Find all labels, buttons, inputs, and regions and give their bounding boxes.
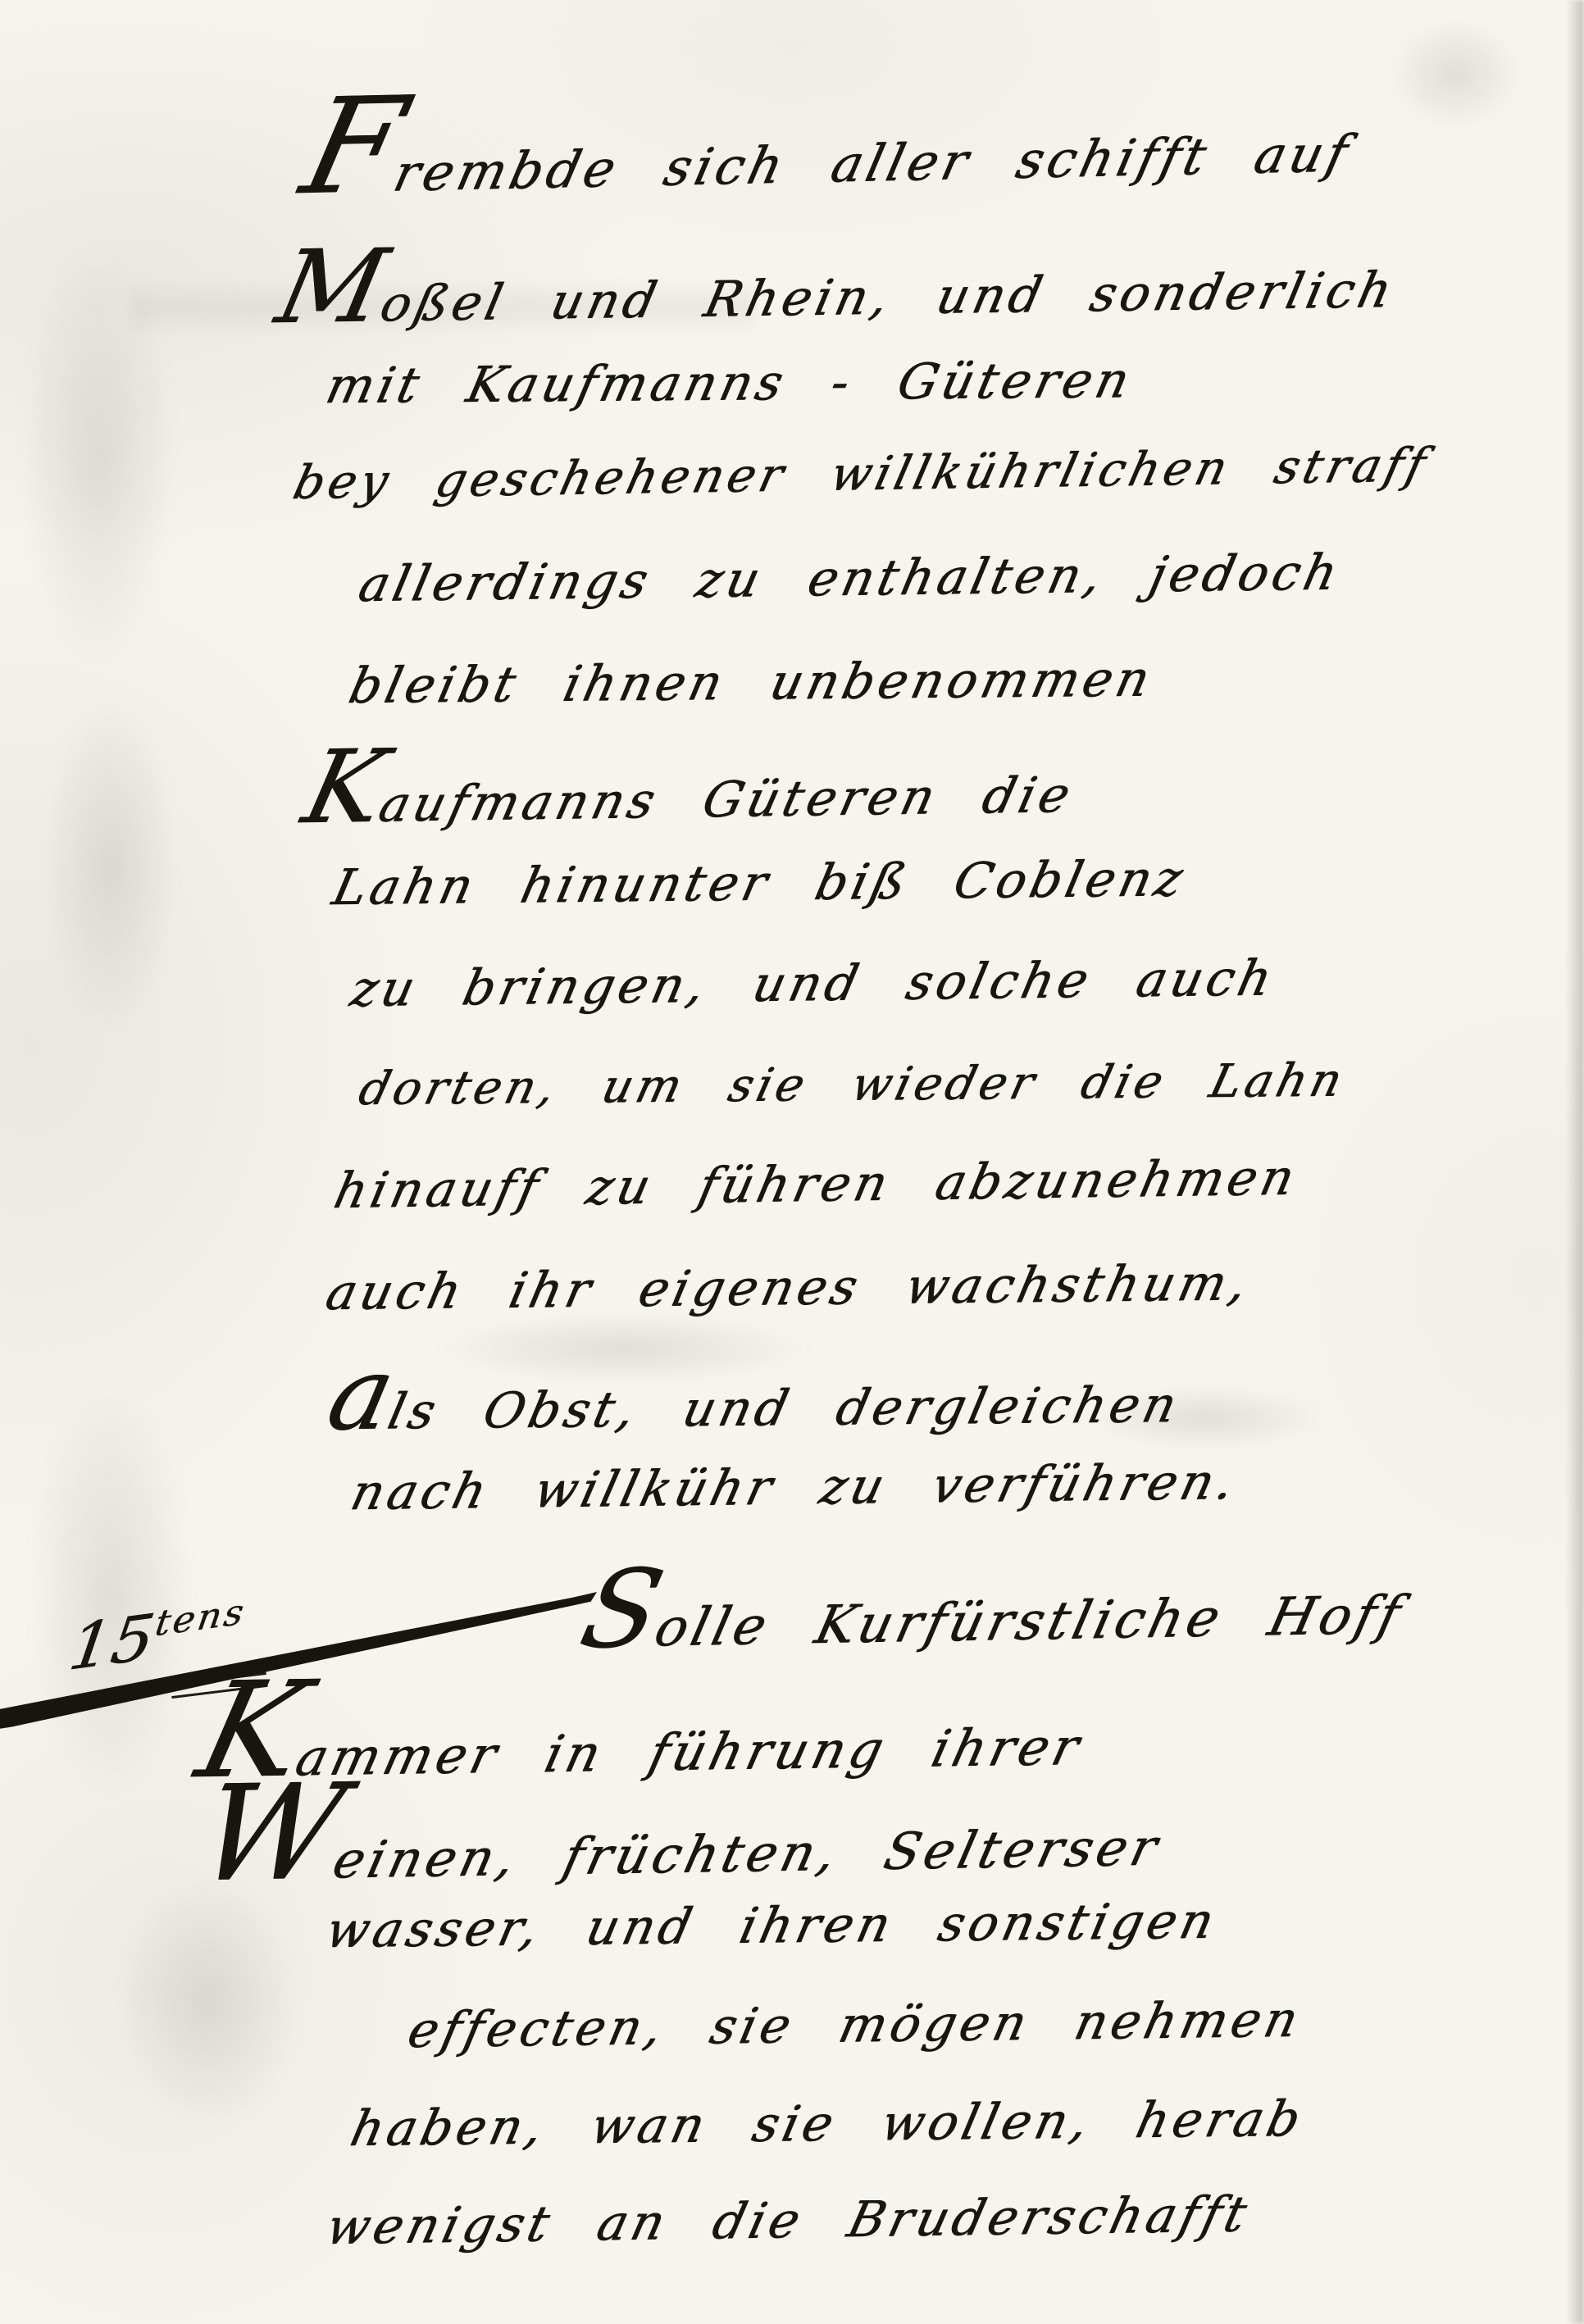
manuscript-line: haben, wan sie wollen, herab <box>346 2094 1309 2155</box>
bleed-through-mark <box>41 689 180 1041</box>
manuscript-line: auch ihr eigenes wachsthum, <box>321 1258 1255 1319</box>
bleed-through-mark <box>25 1377 197 1803</box>
manuscript-line: Moßel und Rhein, und sonderlich <box>271 245 1404 332</box>
manuscript-line: wenigst an die Bruderschafft <box>321 2189 1255 2254</box>
manuscript-line: bey geschehener willkührlichen straff <box>289 441 1434 507</box>
manuscript-line: mit Kaufmanns - Güteren <box>321 355 1138 412</box>
bleed-through-mark <box>16 246 180 672</box>
manuscript-line: Frembde sich aller schifft auf <box>295 93 1364 202</box>
article-number-suffix: tens <box>152 1591 248 1644</box>
manuscript-line: allerdings zu enthalten, jedoch <box>354 547 1345 611</box>
manuscript-page: Frembde sich aller schifft auf Moßel und… <box>0 0 1584 2324</box>
manuscript-line: effecten, sie mögen nehmen <box>403 1994 1306 2057</box>
scan-edge-shadow <box>1566 0 1584 2324</box>
manuscript-line: hinauff zu führen abzunehmen <box>330 1153 1303 1217</box>
manuscript-line: bleibt ihnen unbenommen <box>344 653 1158 712</box>
manuscript-line: als Obst, und dergleichen <box>321 1360 1189 1439</box>
manuscript-line: Kaufmanns Güteren die <box>297 750 1083 832</box>
manuscript-line: wasser, und ihren sonstigen <box>321 1896 1222 1957</box>
manuscript-line: Weinen, früchten, Selterser <box>190 1787 1174 1889</box>
manuscript-line: zu bringen, und solche auch <box>346 953 1280 1016</box>
manuscript-line: Solle Kurfürstliche Hoff <box>574 1567 1414 1658</box>
article-number: 15 <box>64 1601 158 1685</box>
manuscript-line: Lahn hinunter biß Coblenz <box>328 853 1191 914</box>
manuscript-line: nach willkühr zu verführen. <box>346 1457 1243 1519</box>
bleed-through-mark <box>1386 16 1525 131</box>
manuscript-line: dorten, um sie wieder die Lahn <box>354 1057 1350 1114</box>
